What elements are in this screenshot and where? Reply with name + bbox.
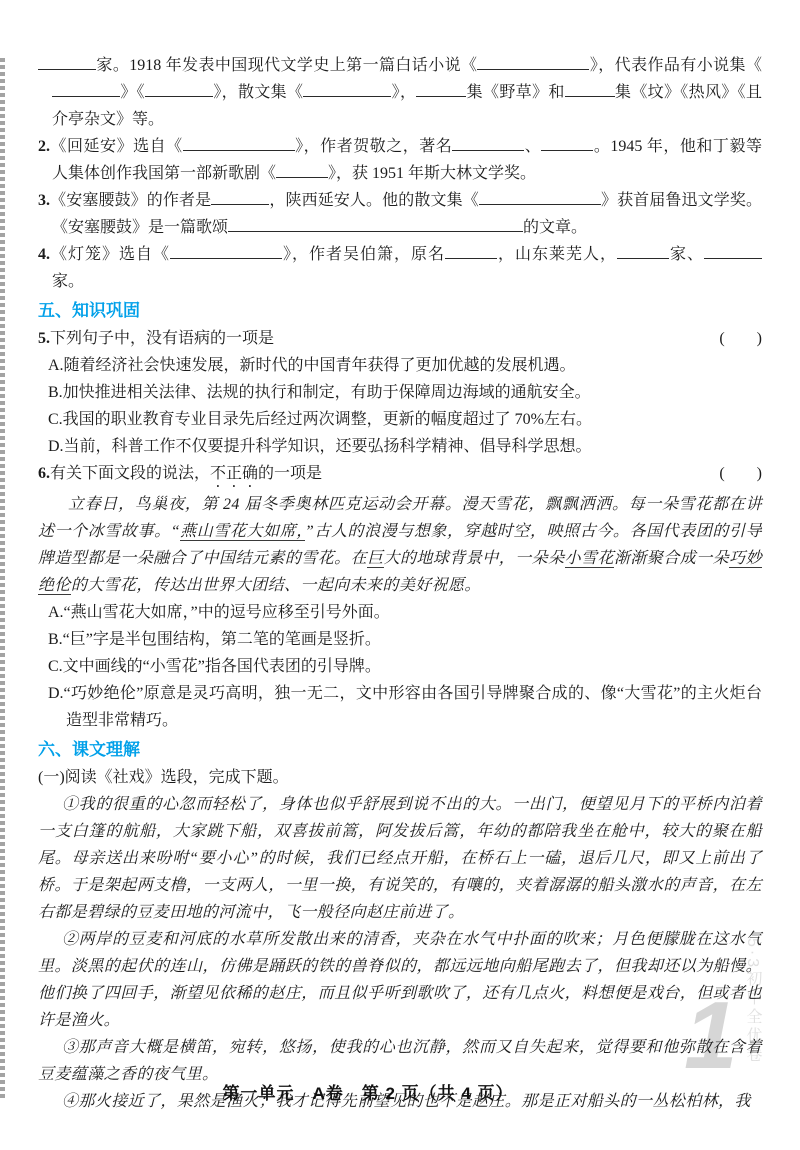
question-6-options: A.“燕山雪花大如席，”中的逗号应移至引号外面。 B.“巨”字是半包围结构，第二… <box>38 599 762 734</box>
fill-in-blank <box>617 243 669 259</box>
question-4: 4.《灯笼》选自《》，作者吴伯箫，原名，山东莱芜人，家、家。 <box>38 241 762 295</box>
fill-in-blank <box>303 81 391 97</box>
option-b: B.加快推进相关法律、法规的执行和制定，有助于保障周边海域的通航安全。 <box>38 379 762 406</box>
option-d: D.当前，科普工作不仅要提升科学知识，还要弘扬科学精神、倡导科学思想。 <box>38 433 762 460</box>
binding-edge <box>0 58 5 1098</box>
option-c: C.文中画线的“小雪花”指各国代表团的引导牌。 <box>38 653 762 680</box>
footer-page-info: 第一单元 A卷 第 2 页（共 4 页） <box>38 1079 698 1104</box>
fill-in-blank <box>452 135 524 151</box>
option-a: A.“燕山雪花大如席，”中的逗号应移至引号外面。 <box>38 599 762 626</box>
question-6-text: 6.有关下面文段的说法，不正确的一项是 <box>38 460 711 491</box>
reading-paragraph-1: ①我的很重的心忽而轻松了，身体也似乎舒展到说不出的大。一出门，便望见月下的平桥内… <box>38 791 762 926</box>
fill-in-blank <box>170 243 282 259</box>
question-5-options: A.随着经济社会快速发展，新时代的中国青年获得了更加优越的发展机遇。 B.加快推… <box>38 352 762 460</box>
fill-in-blank <box>479 189 601 205</box>
fill-in-blank <box>52 81 120 97</box>
section-title-comprehension: 六、课文理解 <box>38 736 762 763</box>
page-content: 家。1918 年发表中国现代文学史上第一篇白话小说《》，代表作品有小说集《》《》… <box>38 52 762 1115</box>
fill-in-blank <box>565 81 615 97</box>
question-3: 3.《安塞腰鼓》的作者是，陕西延安人。他的散文集《》获首届鲁迅文学奖。《安塞腰鼓… <box>38 187 762 241</box>
reading-intro: (一)阅读《社戏》选段，完成下题。 <box>38 764 762 791</box>
option-a: A.随着经济社会快速发展，新时代的中国青年获得了更加优越的发展机遇。 <box>38 352 762 379</box>
fill-in-blank <box>541 135 593 151</box>
fill-in-blank <box>183 135 295 151</box>
question-5-stem: 5.下列句子中，没有语病的一项是 ( ) <box>38 325 762 352</box>
section-title-knowledge: 五、知识巩固 <box>38 297 762 324</box>
option-c: C.我国的职业教育专业目录先后经过两次调整，更新的幅度超过了 70%左右。 <box>38 406 762 433</box>
question-5-answer-bracket: ( ) <box>711 325 762 352</box>
fill-in-blank <box>416 81 466 97</box>
fill-in-blank <box>276 162 328 178</box>
exam-page: 1 5·3初中全优卷 家。1918 年发表中国现代文学史上第一篇白话小说《》，代… <box>0 0 800 1150</box>
question-6-stem: 6.有关下面文段的说法，不正确的一项是 ( ) <box>38 460 762 491</box>
fill-in-blank <box>445 243 497 259</box>
fill-in-blank <box>145 81 213 97</box>
question-5-text: 5.下列句子中，没有语病的一项是 <box>38 325 711 352</box>
fill-in-blank <box>38 54 96 70</box>
question-6-answer-bracket: ( ) <box>711 460 762 491</box>
question-6-passage: 立春日，鸟巢夜，第 24 届冬季奥林匹克运动会开幕。漫天雪花，飘飘洒洒。每一朵雪… <box>38 491 762 599</box>
fill-in-blank <box>211 189 269 205</box>
question-1-continuation: 家。1918 年发表中国现代文学史上第一篇白话小说《》，代表作品有小说集《》《》… <box>38 52 762 133</box>
fill-in-blank <box>477 54 589 70</box>
fill-in-blank <box>704 243 762 259</box>
fill-in-blank <box>228 216 523 232</box>
reading-paragraph-2: ②两岸的豆麦和河底的水草所发散出来的清香，夹杂在水气中扑面的吹来；月色便朦胧在这… <box>38 926 762 1034</box>
option-d: D.“巧妙绝伦”原意是灵巧高明，独一无二，文中形容由各国引导牌聚合成的、像“大雪… <box>38 680 762 734</box>
option-b: B.“巨”字是半包围结构，第二笔的笔画是竖折。 <box>38 626 762 653</box>
question-2: 2.《回延安》选自《》，作者贺敬之，著名、。1945 年，他和丁毅等人集体创作我… <box>38 133 762 187</box>
